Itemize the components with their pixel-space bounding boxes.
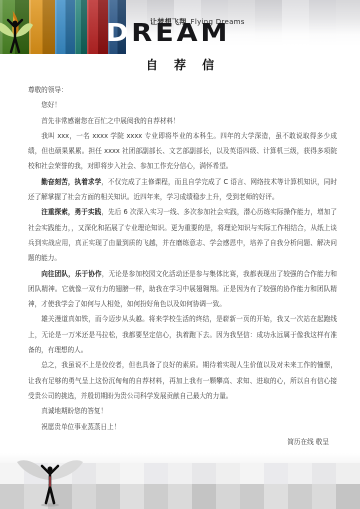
letter-paragraph: 我叫 xxx，一名 xxxx 学院 xxxx 专业即将毕业的本科生。四年的大学深… [28, 129, 337, 175]
self-recommendation-letter-page: 让梦想飞翔Flying Dreams DREAM 自 荐 信 尊敬的领导： 您好… [0, 0, 360, 509]
letter-paragraph: 真诚地期盼您的答复！ [28, 404, 337, 419]
brand-logo-letter-d: D [106, 19, 131, 48]
footer [0, 453, 360, 509]
color-block-blue [55, 0, 75, 54]
letter-paragraph: 雄关漫道真如铁，而今迈步从头越。将来学校生活的终结，是崭新一页的开始，我又一次站… [28, 312, 337, 358]
letter-body: 尊敬的领导： 您好！首先非常感谢您在百忙之中展阅我的自荐材料！我叫 xxx，一名… [28, 83, 337, 465]
brand-logo: DREAM [106, 21, 230, 46]
letter-signature: 简历在线 敬呈 [28, 435, 337, 450]
header: 让梦想飞翔Flying Dreams DREAM 自 荐 信 [0, 0, 360, 80]
letter-paragraph: 首先非常感谢您在百忙之中展阅我的自荐材料！ [28, 114, 337, 129]
letter-paragraph: 注重探索，勇于实践，先后 6 次深入实习一线、多次参加社会实践，潜心历练实际操作… [28, 205, 337, 266]
color-block-teal [75, 0, 87, 54]
letter-paragraph: 勤奋刻苦，执着求学，不仅完成了主修课程，而且自学完成了 C 语言、网络技术等计算… [28, 175, 337, 206]
letter-paragraph: 您好！ [28, 98, 337, 113]
document-title: 自 荐 信 [0, 56, 360, 73]
letter-paragraph: 总之，我虽说不上是佼佼者，但也具备了良好的素质。期待着实现人生价值以及对未来工作… [28, 358, 337, 404]
letter-paragraph: 祝愿贵单位事业蒸蒸日上！ [28, 420, 337, 435]
winged-figure-icon [0, 8, 33, 56]
letter-paragraph: 向往团队，乐于协作，无论是参加校园文化活动还是参与集体比赛，我都表现出了较强的合… [28, 267, 337, 313]
letter-paragraphs: 您好！首先非常感谢您在百忙之中展阅我的自荐材料！我叫 xxx，一名 xxxx 学… [28, 98, 337, 435]
color-block-red [87, 0, 108, 54]
letter-salutation: 尊敬的领导： [28, 83, 337, 98]
brand-logo-letters-ream: REAM [131, 19, 230, 48]
winged-figure-footer-icon [12, 457, 88, 507]
